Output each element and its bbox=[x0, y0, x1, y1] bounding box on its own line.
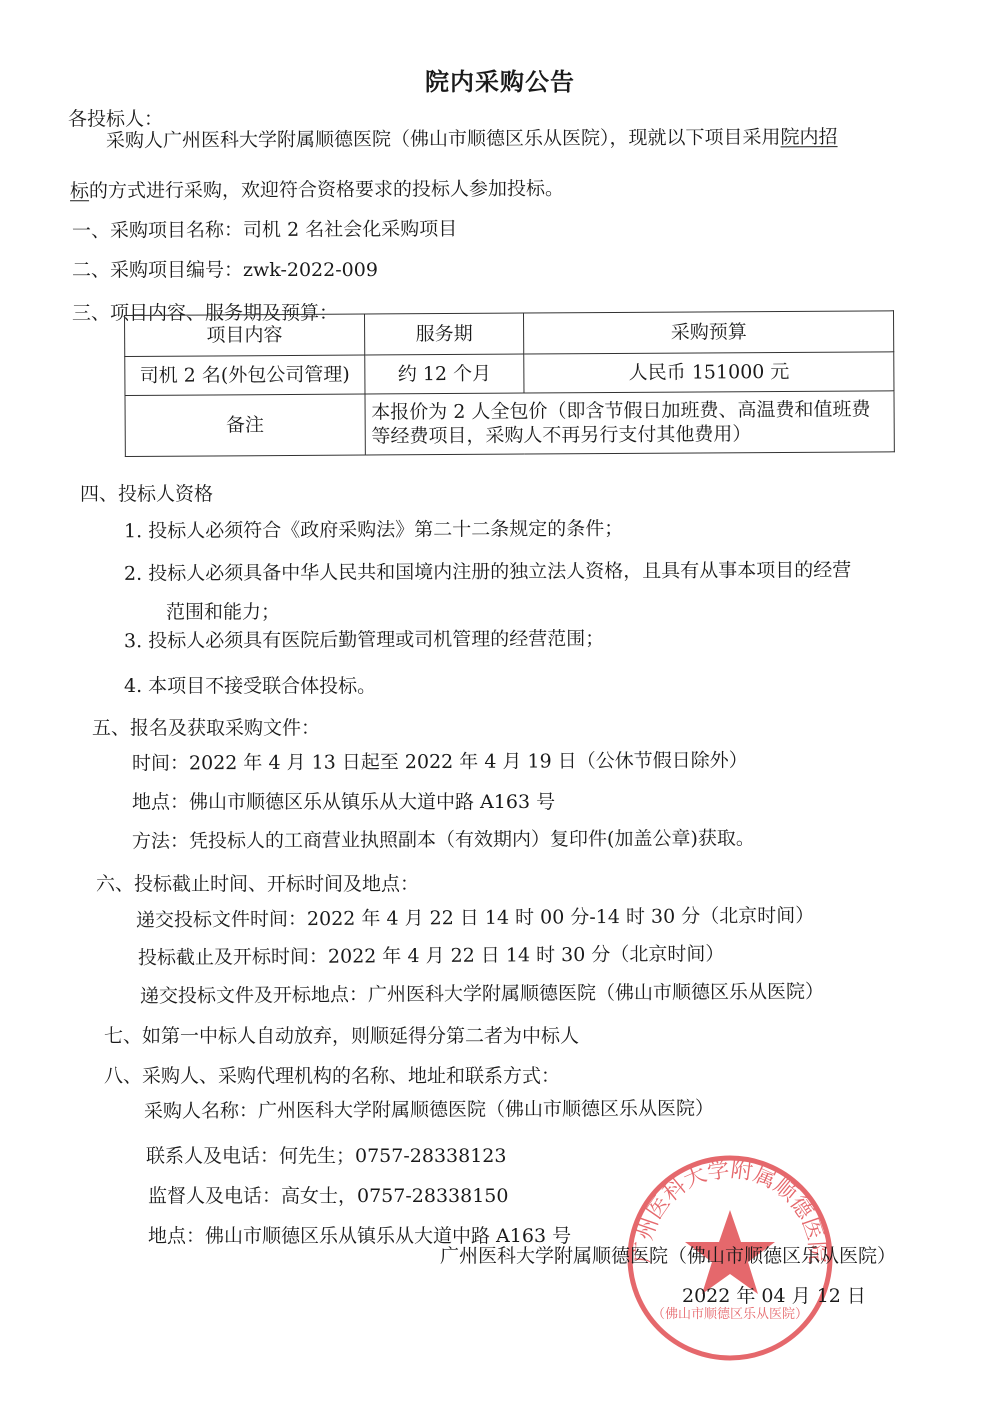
salutation: 各投标人： bbox=[68, 107, 163, 131]
cell-note-label: 备注 bbox=[125, 394, 365, 456]
qualification-item-4: 4. 本项目不接受联合体投标。 bbox=[124, 674, 376, 698]
budget-table: 项目内容 服务期 采购预算 司机 2 名(外包公司管理) 约 12 个月 人民币… bbox=[124, 310, 895, 457]
cell-budget: 人民币 151000 元 bbox=[524, 352, 894, 393]
qualification-item-2-cont: 范围和能力； bbox=[166, 600, 280, 624]
section-5-heading: 五、报名及获取采购文件： bbox=[92, 716, 320, 740]
table-row: 司机 2 名(外包公司管理) 约 12 个月 人民币 151000 元 bbox=[125, 352, 894, 396]
bid-submit-time: 递交投标文件时间：2022 年 4 月 22 日 14 时 00 分-14 时 … bbox=[136, 904, 814, 933]
section-1-project-name: 一、采购项目名称：司机 2 名社会化采购项目 bbox=[72, 217, 457, 243]
qualification-item-2: 2. 投标人必须具备中华人民共和国境内注册的独立法人资格，且具有从事本项目的经营 bbox=[124, 558, 851, 586]
bid-opening-place: 递交投标文件及开标地点：广州医科大学附属顺德医院（佛山市顺德区乐从医院） bbox=[140, 980, 824, 1009]
intro-line-2: 标的方式进行采购，欢迎符合资格要求的投标人参加投标。 bbox=[70, 177, 564, 204]
contact-person: 联系人及电话：何先生；0757-28338123 bbox=[146, 1144, 506, 1168]
signature-date: 2022 年 04 月 12 日 bbox=[682, 1284, 866, 1308]
registration-method: 方法：凭投标人的工商营业执照副本（有效期内）复印件(加盖公章)获取。 bbox=[132, 826, 755, 853]
registration-place: 地点：佛山市顺德区乐从镇乐从大道中路 A163 号 bbox=[132, 790, 555, 814]
cell-period: 约 12 个月 bbox=[364, 354, 524, 394]
section-4-heading: 四、投标人资格 bbox=[80, 482, 213, 506]
announcement-page: 院内采购公告 各投标人： 采购人广州医科大学附属顺德医院（佛山市顺德区乐从医院）… bbox=[0, 0, 1000, 1413]
section-7-rule: 七、如第一中标人自动放弃，则顺延得分第二者为中标人 bbox=[104, 1024, 579, 1048]
intro-text-cont: 的方式进行采购，欢迎符合资格要求的投标人参加投标。 bbox=[89, 178, 564, 202]
qualification-item-1: 1. 投标人必须符合《政府采购法》第二十二条规定的条件； bbox=[124, 517, 623, 544]
cell-note-text: 本报价为 2 人全包价（即含节假日加班费、高温费和值班费等经费项目，采购人不再另… bbox=[365, 391, 895, 455]
page-title: 院内采购公告 bbox=[0, 62, 1000, 97]
table-header-budget: 采购预算 bbox=[524, 311, 894, 354]
table-note-row: 备注 本报价为 2 人全包价（即含节假日加班费、高温费和值班费等经费项目，采购人… bbox=[125, 391, 894, 457]
table-header-content: 项目内容 bbox=[125, 314, 365, 356]
table-header-row: 项目内容 服务期 采购预算 bbox=[125, 311, 894, 357]
table-header-period: 服务期 bbox=[364, 313, 524, 355]
intro-underlined-term: 院内招 bbox=[780, 126, 837, 148]
seal-inner-text: （佛山市顺德区乐从医院） bbox=[652, 1306, 808, 1322]
purchaser-name: 采购人名称：广州医科大学附属顺德医院（佛山市顺德区乐从医院） bbox=[144, 1097, 714, 1124]
intro-underlined-term-cont: 标 bbox=[70, 180, 89, 202]
intro-line-1: 采购人广州医科大学附属顺德医院（佛山市顺德区乐从医院），现就以下项目采用院内招 bbox=[106, 125, 838, 153]
qualification-item-3: 3. 投标人必须具有医院后勤管理或司机管理的经营范围； bbox=[124, 627, 604, 654]
section-8-heading: 八、采购人、采购代理机构的名称、地址和联系方式： bbox=[104, 1064, 560, 1088]
signature-organization: 广州医科大学附属顺德医院（佛山市顺德区乐从医院） bbox=[440, 1244, 896, 1268]
cell-content: 司机 2 名(外包公司管理) bbox=[125, 355, 365, 395]
section-6-heading: 六、投标截止时间、开标时间及地点： bbox=[96, 872, 419, 896]
registration-time: 时间：2022 年 4 月 13 日起至 2022 年 4 月 19 日（公休节… bbox=[132, 748, 748, 775]
intro-text: 采购人广州医科大学附属顺德医院（佛山市顺德区乐从医院），现就以下项目采用 bbox=[106, 126, 781, 152]
section-2-project-code: 二、采购项目编号：zwk-2022-009 bbox=[72, 258, 378, 282]
supervisor-contact: 监督人及电话：高女士，0757-28338150 bbox=[148, 1184, 508, 1208]
bid-deadline: 投标截止及开标时间：2022 年 4 月 22 日 14 时 30 分（北京时间… bbox=[138, 942, 724, 970]
